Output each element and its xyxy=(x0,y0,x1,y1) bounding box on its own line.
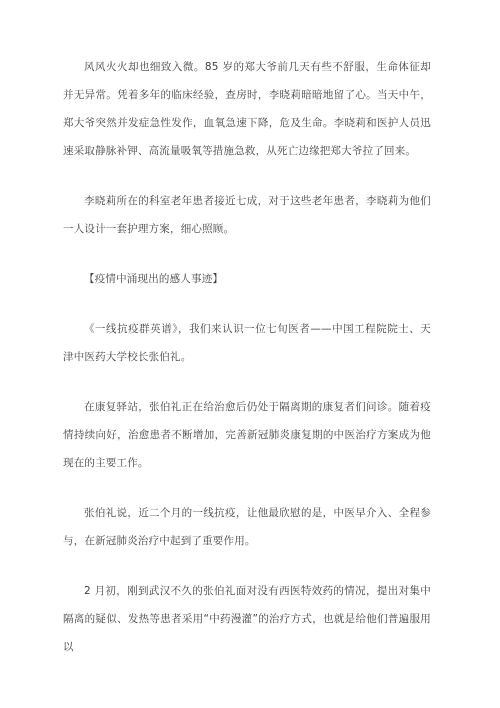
paragraph-elderly-care-plan: 李晓莉所在的科室老年患者接近七成，对于这些老年患者，李晓莉为他们一人设计一套护理… xyxy=(63,187,431,243)
document-page: 风风火火却也细致入微。85 岁的郑大爷前几天有些不舒服，生命体征却并无异常。凭着… xyxy=(0,0,500,708)
section-heading-touching-deeds: 【疫情中涌现出的感人事迹】 xyxy=(63,265,431,293)
paragraph-tcm-role: 张伯礼说，近二个月的一线抗疫，让他最欣慰的是，中医早介入、全程参与，在新冠肺炎治… xyxy=(63,499,431,555)
paragraph-zhang-boli-intro: 《一线抗疫群英谱》，我们来认识一位七旬医者——中国工程院院士、天津中医药大学校长… xyxy=(63,315,431,371)
paragraph-recovery-station: 在康复驿站，张伯礼正在给治愈后仍处于隔离期的康复者们问诊。随着疫情持续向好，治愈… xyxy=(63,393,431,477)
paragraph-february-wuhan: 2 月初，刚到武汉不久的张伯礼面对没有西医特效药的情况，提出对集中隔离的疑似、发… xyxy=(63,577,431,661)
paragraph-li-xiaoli-rescue: 风风火火却也细致入微。85 岁的郑大爷前几天有些不舒服，生命体征却并无异常。凭着… xyxy=(63,53,431,165)
